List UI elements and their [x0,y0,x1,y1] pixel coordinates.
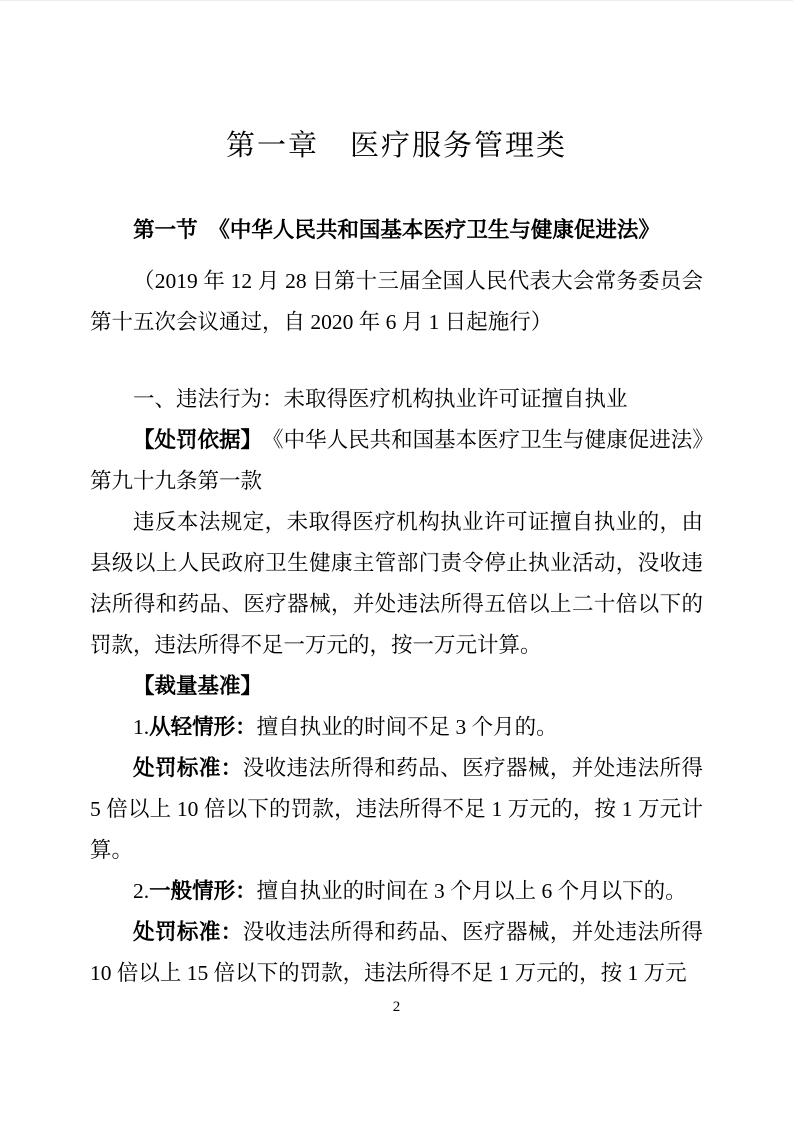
paragraph: 一、违法行为：未取得医疗机构执业许可证擅自执业 [90,379,703,420]
emphasis-text: 【裁量基准】 [133,674,262,698]
enactment-note: （2019 年 12 月 28 日第十三届全国人民代表大会常务委员会第十五次会议… [90,261,703,343]
emphasis-text: 处罚标准： [133,920,243,944]
emphasis-text: 一般情形： [149,879,257,903]
emphasis-text: 【处罚依据】 [133,428,251,452]
body-text: 一、违法行为：未取得医疗机构执业许可证擅自执业 [133,387,628,411]
document-body: 一、违法行为：未取得医疗机构执业许可证擅自执业【处罚依据】 《中华人民共和国基本… [90,379,703,994]
paragraph: 处罚标准：没收违法所得和药品、医疗器械，并处违法所得 5 倍以上 10 倍以下的… [90,748,703,871]
page-number: 2 [0,997,793,1017]
chapter-title: 第一章 医疗服务管理类 [90,1,703,169]
body-text: 2. [133,879,149,903]
paragraph: 【处罚依据】 《中华人民共和国基本医疗卫生与健康促进法》第九十九条第一款 [90,420,703,502]
paragraph: 处罚标准：没收违法所得和药品、医疗器械，并处违法所得 10 倍以上 15 倍以下… [90,912,703,994]
paragraph: 2.一般情形：擅自执业的时间在 3 个月以上 6 个月以下的。 [90,871,703,912]
page-content: 第一章 医疗服务管理类 第一节 《中华人民共和国基本医疗卫生与健康促进法》 （2… [0,1,793,994]
body-text: 擅自执业的时间在 3 个月以上 6 个月以下的。 [257,879,687,903]
paragraph: 违反本法规定，未取得医疗机构执业许可证擅自执业的，由县级以上人民政府卫生健康主管… [90,502,703,666]
emphasis-text: 从轻情形： [149,715,257,739]
body-text: 擅自执业的时间不足 3 个月的。 [257,715,558,739]
body-text: 违反本法规定，未取得医疗机构执业许可证擅自执业的，由县级以上人民政府卫生健康主管… [90,510,703,657]
document-page: 第一章 医疗服务管理类 第一节 《中华人民共和国基本医疗卫生与健康促进法》 （2… [0,0,793,1122]
section-heading: 第一节 《中华人民共和国基本医疗卫生与健康促进法》 [90,213,703,247]
paragraph: 【裁量基准】 [90,666,703,707]
paragraph: 1.从轻情形：擅自执业的时间不足 3 个月的。 [90,707,703,748]
body-text: 1. [133,715,149,739]
emphasis-text: 处罚标准： [133,756,243,780]
